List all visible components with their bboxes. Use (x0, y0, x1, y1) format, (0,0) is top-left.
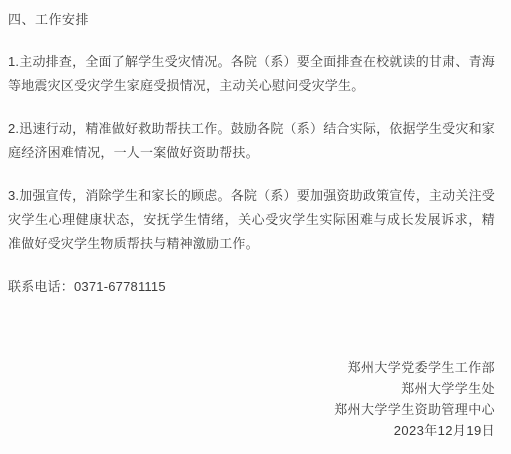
paragraph-action: 2.迅速行动，精准做好救助帮扶工作。鼓励各院（系）结合实际，依据学生受灾和家庭经… (8, 117, 495, 165)
signature-org-aid-center: 郑州大学学生资助管理中心 (8, 399, 495, 420)
paragraph-survey: 1.主动排查，全面了解学生受灾情况。各院（系）要全面排查在校就读的甘肃、青海等地… (8, 50, 495, 98)
signature-block: 郑州大学党委学生工作部 郑州大学学生处 郑州大学学生资助管理中心 2023年12… (8, 357, 495, 441)
notice-document: 四、工作安排 1.主动排查，全面了解学生受灾情况。各院（系）要全面排查在校就读的… (0, 0, 511, 454)
signature-org-student-office: 郑州大学学生处 (8, 378, 495, 399)
section-heading: 四、工作安排 (8, 8, 495, 32)
contact-phone-line: 联系电话：0371-67781115 (8, 275, 495, 299)
signature-date: 2023年12月19日 (8, 420, 495, 441)
paragraph-publicity: 3.加强宣传，消除学生和家长的顾虑。各院（系）要加强资助政策宣传，主动关注受灾学… (8, 184, 495, 256)
signature-org-student-work-dept: 郑州大学党委学生工作部 (8, 357, 495, 378)
